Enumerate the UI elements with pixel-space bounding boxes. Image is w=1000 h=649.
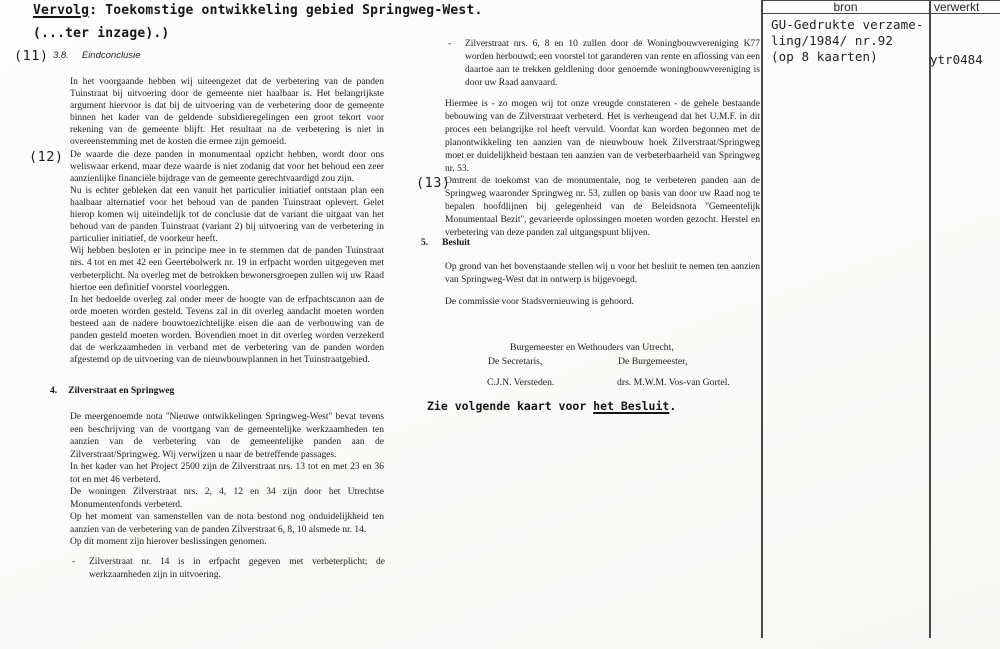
left-column-block1: In het voorgaande hebben wij uiteengezet… xyxy=(70,76,384,366)
paragraph: Omtrent de toekomst van de monumentale, … xyxy=(445,175,760,240)
paragraph: Op grond van het bovenstaande stellen wi… xyxy=(445,261,760,287)
processing-code: ytr0484 xyxy=(930,52,983,67)
title-underlined-word: Vervolg xyxy=(33,3,89,18)
paragraph: (op 8 kaarten) xyxy=(771,49,924,65)
signature-authority-line: Burgemeester en Wethouders van Utrecht, xyxy=(510,342,674,353)
section-number: 5. xyxy=(421,238,428,248)
paragraph: In het kader van het Project 2500 zijn d… xyxy=(70,461,384,486)
section-title: Zilverstraat en Springweg xyxy=(68,386,174,396)
title-rest: : Toekomstige ontwikkeling gebied Spring… xyxy=(89,3,482,18)
paragraph: De meergenoemde nota ''Nieuwe ontwikkeli… xyxy=(70,411,384,461)
signature-secretary-label: De Secretaris, xyxy=(488,356,542,367)
scanned-document-page: Vervolg: Toekomstige ontwikkeling gebied… xyxy=(0,0,1000,649)
margin-marker-11: (11) xyxy=(14,48,49,64)
right-column-block1: Hiermee is - zo mogen wij tot onze vreug… xyxy=(445,98,760,240)
signature-secretary-name: C.J.N. Versteden. xyxy=(487,377,554,388)
signature-mayor-name: drs. M.W.M. Vos-van Gortel. xyxy=(617,377,730,388)
paragraph: Op dit moment zijn hierover beslissingen… xyxy=(70,536,384,549)
table-border-left xyxy=(761,0,763,638)
document-header: Vervolg: Toekomstige ontwikkeling gebied… xyxy=(33,3,483,41)
paragraph: Wij hebben besloten er in principe mee i… xyxy=(70,245,384,293)
paragraph: Hiermee is - zo mogen wij tot onze vreug… xyxy=(445,98,760,175)
verwerkt-column-header: verwerkt xyxy=(934,0,979,14)
bullet-dash: - xyxy=(72,556,75,569)
source-reference: GU-Gedrukte verzame-ling/1984/ nr.92(op … xyxy=(771,17,924,65)
bullet-item: - Zilverstraat nrs. 6, 8 en 10 zullen do… xyxy=(446,38,760,90)
paragraph: ling/1984/ nr.92 xyxy=(771,33,924,49)
paragraph: Op het moment van samenstellen van de no… xyxy=(70,511,384,536)
left-column-block2: De meergenoemde nota ''Nieuwe ontwikkeli… xyxy=(70,411,384,549)
page-subtitle: (...ter inzage).) xyxy=(33,26,483,41)
bullet-text: Zilverstraat nrs. 6, 8 en 10 zullen door… xyxy=(465,38,760,90)
paragraph: Nu is echter gebleken dat een vanuit het… xyxy=(70,185,384,245)
section-title: Eindconclusie xyxy=(82,50,141,61)
bullet-dash: - xyxy=(448,38,451,51)
right-column-block2: Op grond van het bovenstaande stellen wi… xyxy=(445,261,760,318)
section-heading-38: 3.8.Eindconclusie xyxy=(53,50,140,61)
paragraph: De waarde die deze panden in monumentaal… xyxy=(70,149,384,185)
bullet-item: - Zilverstraat nr. 14 is in erfpacht geg… xyxy=(70,556,385,582)
section-heading-4: 4.Zilverstraat en Springweg xyxy=(50,386,174,396)
table-border-middle xyxy=(929,0,931,638)
section-heading-5: 5.Besluit xyxy=(421,238,470,248)
section-number: 3.8. xyxy=(53,50,69,61)
paragraph: GU-Gedrukte verzame- xyxy=(771,17,924,33)
closing-underlined: het Besluit xyxy=(593,399,669,413)
bullet-text: Zilverstraat nr. 14 is in erfpacht gegev… xyxy=(89,556,385,582)
paragraph: In het bedoelde overleg zal onder meer d… xyxy=(70,294,384,367)
closing-note: Zie volgende kaart voor het Besluit. xyxy=(427,399,676,413)
signature-mayor-label: De Burgemeester, xyxy=(618,356,687,367)
section-number: 4. xyxy=(50,386,57,396)
paragraph: De woningen Zilverstraat nrs. 2, 4, 12 e… xyxy=(70,486,384,511)
section-title: Besluit xyxy=(442,238,470,248)
closing-suffix: . xyxy=(669,399,676,413)
paragraph: De commissie voor Stadsvernieuwing is ge… xyxy=(445,296,760,309)
margin-marker-12: (12) xyxy=(29,149,64,165)
paragraph: In het voorgaande hebben wij uiteengezet… xyxy=(70,76,384,149)
closing-prefix: Zie volgende kaart voor xyxy=(427,399,593,413)
page-title: Vervolg: Toekomstige ontwikkeling gebied… xyxy=(33,3,483,18)
bron-column-header: bron xyxy=(762,0,929,14)
